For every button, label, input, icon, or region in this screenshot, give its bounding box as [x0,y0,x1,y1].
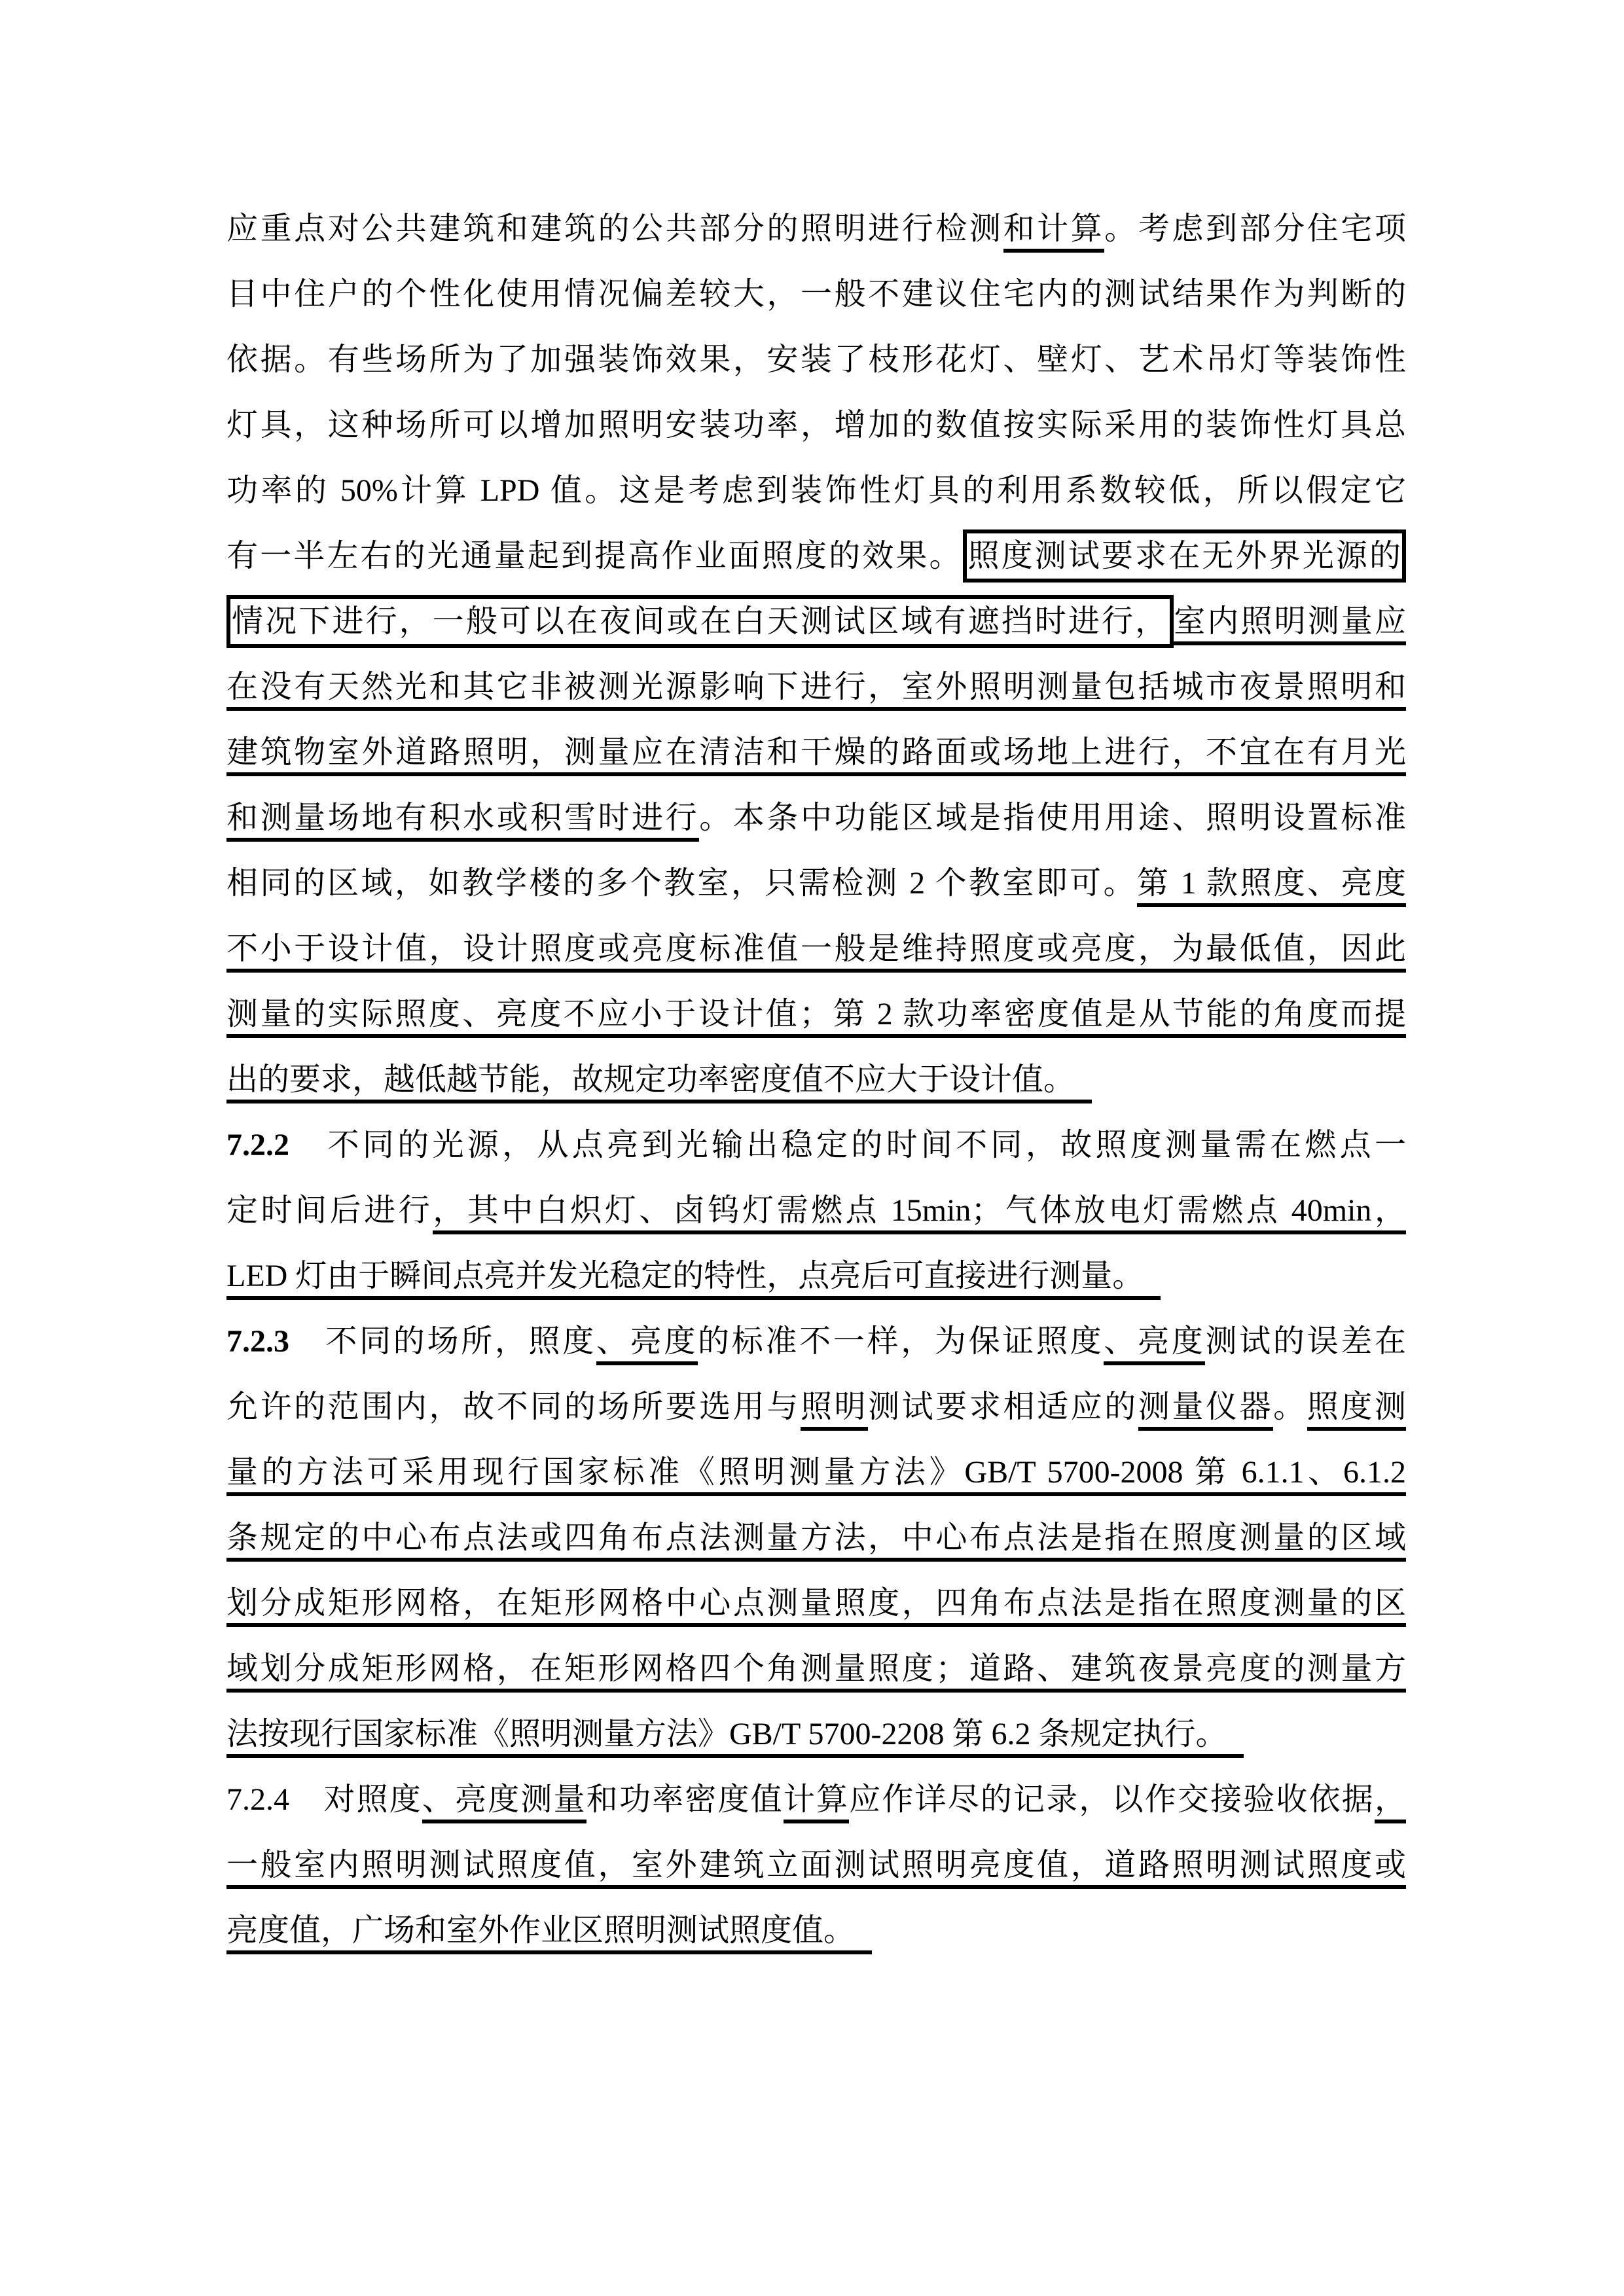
underlined-revision-text: 在没有天然光和其它非被测光源影响下进行，室外照明测量包括城市夜景照明和 [226,670,1406,711]
underlined-revision-text: 、亮度测量 [422,1782,586,1823]
underlined-revision-text: 和计算 [1003,211,1105,253]
underlined-revision-text: ，其中白炽灯、卤钨灯需燃点 15min；气体放电灯需燃点 40min， [433,1193,1406,1234]
underlined-revision-text: 室内照明测量应 [1174,604,1406,645]
text-line: 建筑物室外道路照明，测量应在清洁和干燥的路面或场地上进行，不宜在有月光 [226,720,1406,785]
document-text-block: 应重点对公共建筑和建筑的公共部分的照明进行检测和计算。考虑到部分住宅项目中住户的… [226,196,1406,1964]
text-run: 应重点对公共建筑和建筑的公共部分的照明进行检测 [226,211,1003,246]
text-line: 定时间后进行，其中白炽灯、卤钨灯需燃点 15min；气体放电灯需燃点 40min… [226,1178,1406,1244]
text-run: 对照度 [323,1782,422,1817]
text-run: 有一半左右的光通量起到提高作业面照度的效果。 [226,539,963,573]
underlined-revision-text: 域划分成矩形网格，在矩形网格四个角测量照度；道路、建筑夜景亮度的测量方 [226,1651,1406,1693]
underlined-revision-text: 照明 [801,1390,868,1431]
text-line: 划分成矩形网格，在矩形网格中心点测量照度，四角布点法是指在照度测量的区 [226,1571,1406,1636]
text-line: 依据。有些场所为了加强装饰效果，安装了枝形花灯、壁灯、艺术吊灯等装饰性 [226,327,1406,393]
underlined-revision-text: 条规定的中心布点法或四角布点法测量方法，中心布点法是指在照度测量的区域 [226,1520,1406,1562]
text-line: 7.2.2 不同的光源，从点亮到光输出稳定的时间不同，故照度测量需在燃点一 [226,1113,1406,1178]
text-run: 7.2.4 [226,1782,289,1817]
underlined-revision-text: 测量仪器 [1138,1390,1273,1431]
underlined-revision-text: 法按现行国家标准《照明测量方法》GB/T 5700-2208 第 6.2 条规定… [226,1717,1244,1758]
text-run: 功率的 50%计算 LPD 值。这是考虑到装饰性灯具的利用系数较低，所以假定它 [226,473,1406,508]
text-run: 。 [1273,1390,1307,1424]
text-run: 定时间后进行 [226,1193,433,1228]
text-run [289,1128,328,1162]
underlined-revision-text: 计算 [784,1782,849,1823]
underlined-revision-text: 和测量场地有积水或积雪时进行 [226,800,699,842]
text-line: LED 灯由于瞬间点亮并发光稳定的特性，点亮后可直接进行测量。 [226,1244,1406,1309]
text-run: 允许的范围内，故不同的场所要选用与 [226,1390,801,1424]
underlined-revision-text: ， [1375,1782,1406,1823]
document-page: { "page": { "background_color": "#ffffff… [0,0,1624,2296]
text-run: 不同的光源，从点亮到光输出稳定的时间不同，故照度测量需在燃点一 [328,1128,1406,1162]
underlined-revision-text: 第 1 款照度、亮度 [1137,866,1406,907]
underlined-revision-text: 划分成矩形网格，在矩形网格中心点测量照度，四角布点法是指在照度测量的区 [226,1586,1406,1627]
underlined-revision-text: 量的方法可采用现行国家标准《照明测量方法》GB/T 5700-2008 第 6.… [226,1455,1406,1496]
underlined-revision-text: 亮度值，广场和室外作业区照明测试照度值。 [226,1913,872,1954]
text-line: 在没有天然光和其它非被测光源影响下进行，室外照明测量包括城市夜景照明和 [226,655,1406,720]
text-line: 目中住户的个性化使用情况偏差较大，一般不建议住宅内的测试结果作为判断的 [226,262,1406,327]
text-run [289,1782,323,1817]
text-line: 和测量场地有积水或积雪时进行。本条中功能区域是指使用用途、照明设置标准 [226,785,1406,851]
underlined-revision-text: 照度测 [1307,1390,1406,1431]
text-run: 和功率密度值 [586,1782,784,1817]
text-run: 灯具，这种场所可以增加照明安装功率，增加的数值按实际采用的装饰性灯具总 [226,408,1406,442]
underlined-revision-text: 测量的实际照度、亮度不应小于设计值；第 2 款功率密度值是从节能的角度而提 [226,997,1406,1038]
text-line: 应重点对公共建筑和建筑的公共部分的照明进行检测和计算。考虑到部分住宅项 [226,196,1406,262]
text-line: 功率的 50%计算 LPD 值。这是考虑到装饰性灯具的利用系数较低，所以假定它 [226,458,1406,524]
underlined-revision-text: LED 灯由于瞬间点亮并发光稳定的特性，点亮后可直接进行测量。 [226,1259,1161,1300]
text-run: 测试要求相适应的 [868,1390,1138,1424]
text-line: 一般室内照明测试照度值，室外建筑立面测试照明亮度值，道路照明测试照度或 [226,1833,1406,1898]
text-run: 目中住户的个性化使用情况偏差较大，一般不建议住宅内的测试结果作为判断的 [226,277,1406,312]
text-line: 情况下进行，一般可以在夜间或在白天测试区域有遮挡时进行，室内照明测量应 [226,589,1406,655]
text-line: 域划分成矩形网格，在矩形网格四个角测量照度；道路、建筑夜景亮度的测量方 [226,1636,1406,1702]
underlined-revision-text: 建筑物室外道路照明，测量应在清洁和干燥的路面或场地上进行，不宜在有月光 [226,735,1406,776]
text-line: 法按现行国家标准《照明测量方法》GB/T 5700-2208 第 6.2 条规定… [226,1702,1406,1767]
text-line: 有一半左右的光通量起到提高作业面照度的效果。照度测试要求在无外界光源的 [226,524,1406,589]
text-line: 相同的区域，如教学楼的多个教室，只需检测 2 个教室即可。第 1 款照度、亮度 [226,851,1406,916]
text-run: 的标准不一样，为保证照度 [698,1324,1104,1359]
text-line: 不小于设计值，设计照度或亮度标准值一般是维持照度或亮度，为最低值，因此 [226,916,1406,982]
text-line: 量的方法可采用现行国家标准《照明测量方法》GB/T 5700-2008 第 6.… [226,1440,1406,1505]
text-run: 依据。有些场所为了加强装饰效果，安装了枝形花灯、壁灯、艺术吊灯等装饰性 [226,342,1406,377]
boxed-revision-text: 情况下进行，一般可以在夜间或在白天测试区域有遮挡时进行， [226,595,1174,648]
text-run: 。本条中功能区域是指使用用途、照明设置标准 [699,800,1406,835]
text-line: 允许的范围内，故不同的场所要选用与照明测试要求相适应的测量仪器。照度测 [226,1374,1406,1440]
underlined-revision-text: 、亮度 [596,1324,698,1365]
text-run: 相同的区域，如教学楼的多个教室，只需检测 2 个教室即可。 [226,866,1137,901]
underlined-revision-text: 、亮度 [1104,1324,1205,1365]
text-line: 测量的实际照度、亮度不应小于设计值；第 2 款功率密度值是从节能的角度而提 [226,982,1406,1047]
text-run: 。考虑到部分住宅项 [1104,211,1406,246]
boxed-revision-text: 照度测试要求在无外界光源的 [963,529,1406,583]
underlined-revision-text: 一般室内照明测试照度值，室外建筑立面测试照明亮度值，道路照明测试照度或 [226,1848,1406,1889]
text-run: 应作详尽的记录，以作交接验收依据 [849,1782,1375,1817]
text-line: 亮度值，广场和室外作业区照明测试照度值。 [226,1898,1406,1964]
text-run [289,1324,325,1359]
text-line: 7.2.3 不同的场所，照度、亮度的标准不一样，为保证照度、亮度测试的误差在 [226,1309,1406,1374]
text-run: 测试的误差在 [1205,1324,1405,1359]
underlined-revision-text: 不小于设计值，设计照度或亮度标准值一般是维持照度或亮度，为最低值，因此 [226,931,1406,973]
text-line: 灯具，这种场所可以增加照明安装功率，增加的数值按实际采用的装饰性灯具总 [226,393,1406,458]
text-run: 不同的场所，照度 [325,1324,596,1359]
underlined-revision-text: 出的要求，越低越节能，故规定功率密度值不应大于设计值。 [226,1062,1092,1103]
text-line: 7.2.4 对照度、亮度测量和功率密度值计算应作详尽的记录，以作交接验收依据， [226,1767,1406,1833]
section-number: 7.2.3 [226,1324,289,1359]
text-line: 出的要求，越低越节能，故规定功率密度值不应大于设计值。 [226,1047,1406,1113]
text-line: 条规定的中心布点法或四角布点法测量方法，中心布点法是指在照度测量的区域 [226,1505,1406,1571]
section-number: 7.2.2 [226,1128,289,1162]
